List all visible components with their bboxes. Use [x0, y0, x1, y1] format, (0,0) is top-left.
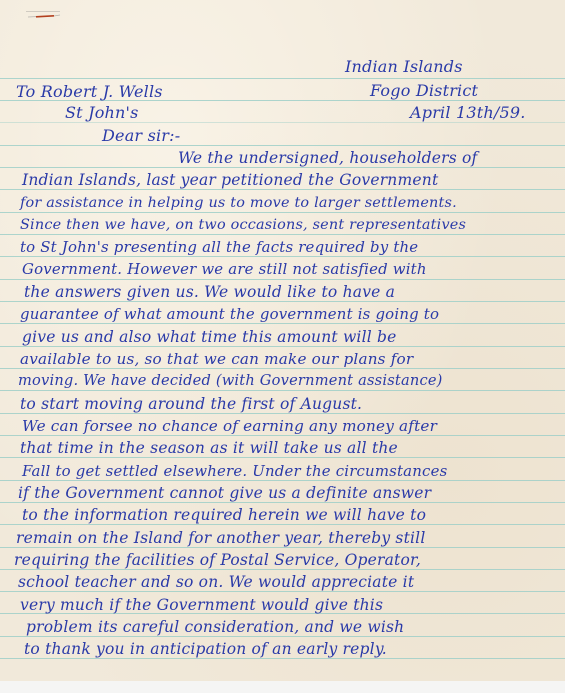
body-line: to the information required herein we wi…	[22, 508, 426, 524]
salutation: Dear sir:-	[102, 128, 180, 144]
body-line: guarantee of what amount the government …	[20, 307, 439, 322]
ruled-line	[0, 569, 565, 570]
body-line: remain on the Island for another year, t…	[16, 531, 426, 547]
ruled-line	[0, 212, 565, 213]
ruled-line	[0, 480, 565, 481]
ruled-line	[0, 457, 565, 458]
ruled-line	[0, 636, 565, 637]
letter-date: April 13th/59.	[410, 105, 526, 121]
ruled-line	[0, 145, 565, 146]
ruled-line	[0, 256, 565, 257]
ruled-line	[0, 323, 565, 324]
body-line: problem its careful consideration, and w…	[26, 620, 404, 636]
body-line: Government. However we are still not sat…	[22, 262, 427, 277]
recipient-name: To Robert J. Wells	[16, 84, 163, 100]
body-line: if the Government cannot give us a defin…	[18, 486, 431, 502]
ruled-line	[0, 413, 565, 414]
body-line: to thank you in anticipation of an early…	[24, 642, 387, 658]
body-line: very much if the Government would give t…	[20, 598, 383, 614]
ruled-line	[0, 502, 565, 503]
ruled-line	[0, 658, 565, 659]
sender-place: Indian Islands	[345, 59, 463, 75]
body-line: moving. We have decided (with Government…	[18, 374, 443, 389]
ruled-line	[0, 524, 565, 525]
body-line: Indian Islands, last year petitioned the…	[22, 173, 438, 189]
body-line: the answers given us. We would like to h…	[24, 285, 395, 301]
recipient-city: St John's	[65, 105, 139, 121]
ruled-line	[0, 78, 565, 79]
body-line: to St John's presenting all the facts re…	[20, 240, 418, 255]
ruled-line	[0, 279, 565, 280]
body-line: Fall to get settled elsewhere. Under the…	[22, 464, 447, 479]
body-line: Since then we have, on two occasions, se…	[20, 218, 466, 232]
ruled-line	[0, 435, 565, 436]
ruled-line	[0, 390, 565, 391]
ruled-line	[0, 122, 565, 123]
ruled-line	[0, 591, 565, 592]
sender-district: Fogo District	[370, 83, 478, 99]
body-line: school teacher and so on. We would appre…	[18, 575, 414, 591]
body-line: for assistance in helping us to move to …	[20, 196, 457, 210]
ruled-line	[0, 301, 565, 302]
body-line: to start moving around the first of Augu…	[20, 397, 362, 413]
body-line: that time in the season as it will take …	[20, 441, 398, 457]
ruled-line	[0, 547, 565, 548]
ruled-line	[0, 346, 565, 347]
body-line: give us and also what time this amount w…	[22, 330, 397, 346]
ruled-line	[0, 234, 565, 235]
body-line: We can forsee no chance of earning any m…	[22, 419, 437, 434]
ruled-line	[0, 368, 565, 369]
ruled-line	[0, 167, 565, 168]
body-line: requiring the facilities of Postal Servi…	[14, 553, 421, 569]
body-line: We the undersigned, householders of	[178, 151, 477, 167]
red-pencil-mark	[26, 10, 62, 20]
ruled-line	[0, 189, 565, 190]
body-line: available to us, so that we can make our…	[20, 352, 413, 367]
scan-margin	[0, 681, 565, 693]
letter-paper: Indian Islands Fogo District April 13th/…	[0, 0, 565, 681]
